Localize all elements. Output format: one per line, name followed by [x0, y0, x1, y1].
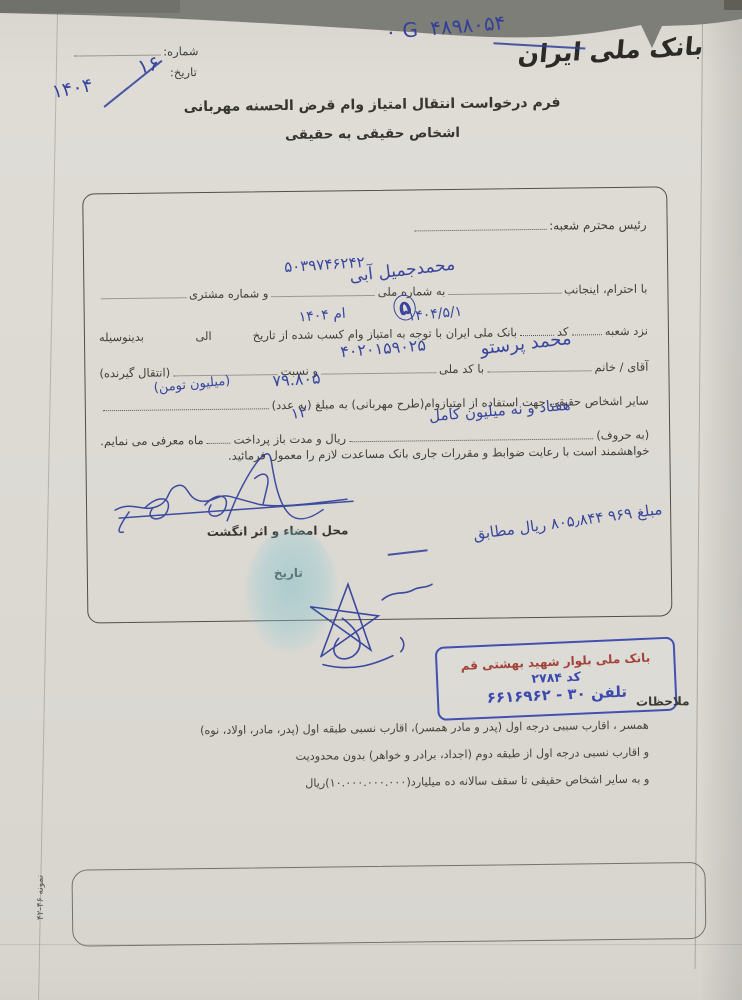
document-content: شماره: تاریخ: ۱۶ ۱۴۰۴ بانک ملی ایران ۰ G… — [0, 0, 742, 1000]
applicant-name-dots — [448, 291, 561, 295]
mr-mrs-label: آقای / خانم — [594, 360, 648, 375]
handwritten-amount-digits: ۷۹.۸۰۵ — [272, 368, 321, 390]
until-label: الی — [195, 329, 211, 343]
from-date-space — [215, 337, 250, 339]
photo-of-bank-form: { "meta": { "bank_logo": "بانک ملی ایران… — [0, 0, 742, 1000]
notes-label: ملاحظات — [636, 694, 690, 709]
salutation-label: رئیس محترم شعبه: — [549, 218, 647, 233]
to-date-space — [147, 338, 193, 341]
bank-logo: بانک ملی ایران — [560, 31, 705, 67]
notes-line-2: و اقارب نسبی درجه اول از طبقه دوم (اجداد… — [296, 746, 650, 763]
months-dots — [207, 441, 231, 444]
hereby-label: بدینوسیله — [99, 330, 144, 345]
form-code-vertical-label: نمونه ۴۶-۴۲ — [36, 875, 47, 920]
in-words-label: (به حروف) — [596, 428, 649, 443]
notes-line-1: همسر ، اقارب سببی درجه اول (پدر و مادر ه… — [200, 719, 649, 737]
handwritten-to-date: ام ۱۴۰۴ — [298, 306, 346, 326]
handwritten-date-slash — [103, 60, 162, 108]
salutation-dotted-line — [415, 227, 547, 232]
stamp-branch-code: کد ۲۷۸۴ — [531, 668, 581, 685]
salutation-row: رئیس محترم شعبه: — [412, 218, 647, 235]
customer-number-label: و شماره مشتری — [189, 286, 269, 301]
amount-dots — [103, 406, 269, 411]
customer-number-dots — [101, 295, 186, 299]
handwritten-reference-number: ۰ G ۴۸۹۸۰۵۴ — [384, 10, 506, 44]
number-label: شماره: — [163, 44, 198, 58]
main-form-box: رئیس محترم شعبه: با احترام، اینجانب به ش… — [82, 186, 672, 623]
stamp-phone: تلفن ۳۰ - ۶۶۱۶۹۶۲ — [486, 682, 627, 706]
bottom-empty-box — [71, 862, 706, 947]
handwritten-date-year: ۱۴۰۴ — [50, 74, 94, 103]
months-suffix-label: ماه معرفی می نمایم. — [100, 433, 204, 448]
transferee-id-dots — [321, 370, 436, 374]
notes-line-3: و به سایر اشخاص حقیقی تا سقف سالانه ده م… — [305, 773, 649, 790]
form-title-line1: فرم درخواست انتقال امتیاز وام قرض الحسنه… — [167, 94, 577, 115]
branch-dots — [571, 332, 601, 335]
handwritten-months: ۱۲ — [290, 403, 309, 423]
repayment-label: ریال و مدت باز پرداخت — [234, 431, 347, 446]
applicant-row: با احترام، اینجانب به شماره ملی و شماره … — [98, 282, 647, 303]
form-title-line2: اشخاص حقیقی به حقیقی — [167, 123, 577, 144]
transferee-tag-label: (انتقال گیرنده) — [99, 365, 170, 380]
transferee-id-label: با کد ملی — [439, 362, 484, 377]
approver-signature — [282, 571, 443, 673]
date-label: تاریخ: — [170, 65, 197, 79]
in-words-dots — [349, 436, 593, 442]
national-id-label: به شماره ملی — [378, 284, 446, 299]
branch-label: نزد شعبه — [605, 324, 648, 339]
applicant-label: با احترام، اینجانب — [564, 282, 648, 297]
national-id-dots — [271, 293, 374, 297]
transferee-name-dots — [487, 368, 591, 372]
